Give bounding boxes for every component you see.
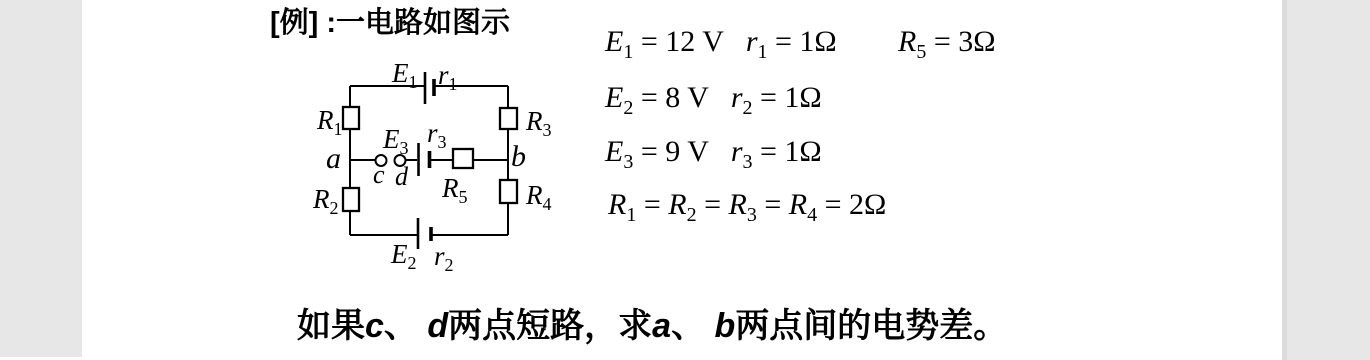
label-r1: r1 xyxy=(438,60,458,94)
equation-line-3: E3 = 9 V r3 = 1Ω xyxy=(605,134,822,170)
eq4-sub1: 1 xyxy=(626,204,636,226)
eq4-var-R4: R xyxy=(789,188,807,221)
q-t2: 两点短路，求 xyxy=(448,307,652,345)
resistor-r4-box xyxy=(500,180,517,203)
eq2-sub: 2 xyxy=(623,97,633,119)
equation-line-1b: R5 = 3Ω xyxy=(898,24,996,60)
eq2-value2: = 1Ω xyxy=(753,81,822,114)
label-node-b: b xyxy=(511,140,526,173)
eq2-var-E: E xyxy=(605,81,623,114)
q-var-d: d xyxy=(427,307,448,345)
eq2-value: = 8 V xyxy=(633,81,731,114)
circuit-diagram: E1 r1 R1 R2 R3 R4 E3 r3 R5 E2 r2 a b c d xyxy=(300,45,580,280)
label-E2: E2 xyxy=(390,239,417,273)
eq4-eq4: = 2Ω xyxy=(817,188,886,221)
label-R1: R1 xyxy=(316,105,343,139)
label-r3: r3 xyxy=(427,118,447,152)
q-var-c: c xyxy=(365,307,384,345)
eq3-value: = 9 V xyxy=(633,135,731,168)
label-node-a: a xyxy=(326,142,341,175)
eq1b-value: = 3Ω xyxy=(926,25,995,58)
eq1-value: = 12 V xyxy=(633,25,746,58)
eq1b-var-R5: R xyxy=(898,25,916,58)
label-R4: R4 xyxy=(525,180,552,214)
eq1b-sub: 5 xyxy=(916,41,926,63)
slide-title: [例] :一电路如图示 xyxy=(270,6,510,40)
label-R2: R2 xyxy=(312,184,339,218)
resistor-r3-box xyxy=(500,108,517,129)
equation-line-1: E1 = 12 V r1 = 1Ω xyxy=(605,24,837,60)
eq4-eq3: = xyxy=(757,188,789,221)
eq4-sub4: 4 xyxy=(807,204,817,226)
eq3-var-r: r xyxy=(731,135,743,168)
eq4-sub3: 3 xyxy=(747,204,757,226)
label-r2: r2 xyxy=(434,241,454,275)
eq4-eq1: = xyxy=(636,188,668,221)
label-E3: E3 xyxy=(382,124,409,158)
eq1-sub2: 1 xyxy=(758,41,768,63)
q-var-a: a xyxy=(652,307,671,345)
equation-line-2: E2 = 8 V r2 = 1Ω xyxy=(605,80,822,116)
eq1-var-r: r xyxy=(746,25,758,58)
right-gray-margin xyxy=(1287,0,1370,360)
label-terminal-d: d xyxy=(395,162,409,191)
eq3-var-E: E xyxy=(605,135,623,168)
eq1-sub: 1 xyxy=(623,41,633,63)
label-terminal-c: c xyxy=(373,160,385,189)
eq4-var-R2: R xyxy=(668,188,686,221)
eq1-var-E: E xyxy=(605,25,623,58)
resistor-r5-box xyxy=(453,149,473,168)
eq1-value2: = 1Ω xyxy=(768,25,837,58)
eq4-var-R3: R xyxy=(729,188,747,221)
eq2-sub2: 2 xyxy=(743,97,753,119)
q-var-b: b xyxy=(715,307,736,345)
eq4-eq2: = xyxy=(697,188,729,221)
label-R5: R5 xyxy=(441,173,468,207)
label-R3: R3 xyxy=(525,106,552,140)
q-p2: 、 xyxy=(671,307,714,345)
q-t3: 两点间的电势差。 xyxy=(735,307,1007,345)
eq3-value2: = 1Ω xyxy=(753,135,822,168)
resistor-r1-box xyxy=(343,107,359,129)
question-text: 如果c、 d两点短路，求a、 b两点间的电势差。 xyxy=(297,306,1007,346)
eq2-var-r: r xyxy=(731,81,743,114)
equation-line-4: R1 = R2 = R3 = R4 = 2Ω xyxy=(608,187,886,223)
eq4-var-R1: R xyxy=(608,188,626,221)
eq3-sub2: 3 xyxy=(743,151,753,173)
left-gray-margin xyxy=(0,0,82,357)
q-p1: 、 xyxy=(384,307,427,345)
eq3-sub: 3 xyxy=(623,151,633,173)
q-t1: 如果 xyxy=(297,307,365,345)
label-E1: E1 xyxy=(391,58,418,92)
resistor-r2-box xyxy=(343,188,359,211)
eq4-sub2: 2 xyxy=(687,204,697,226)
